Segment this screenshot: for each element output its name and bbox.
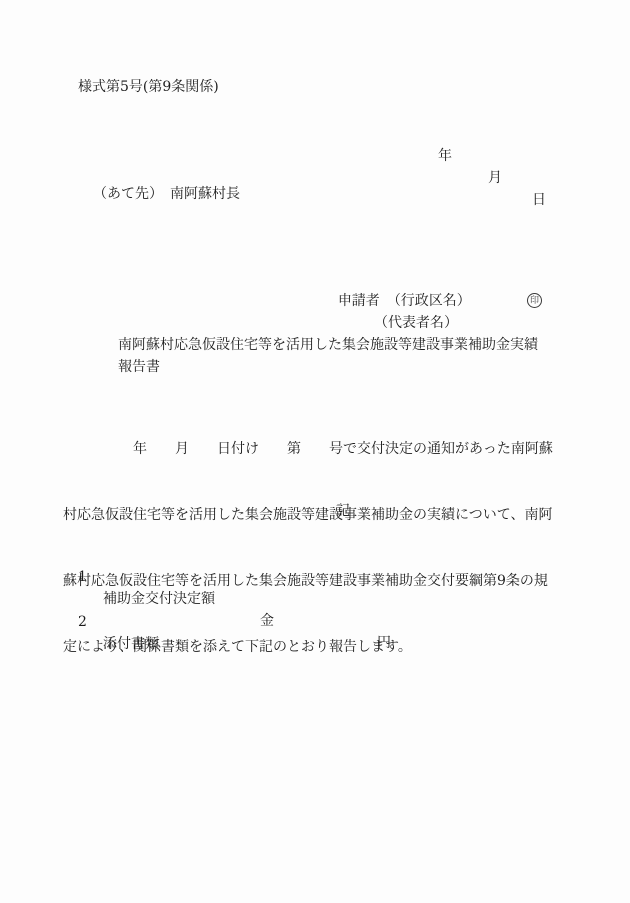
date-year-label: 年 [438, 145, 452, 167]
form-number: 様式第5号(第9条関係) [78, 76, 219, 98]
date-day-label: 日 [532, 189, 546, 211]
document-title-line-2: 報告書 [118, 356, 160, 378]
document-title-line-1: 南阿蘇村応急仮設住宅等を活用した集会施設等建設事業補助金実績 [118, 334, 538, 356]
representative-name-field: （代表者名） [374, 312, 458, 334]
item-2-label: 添付書類 [103, 633, 159, 655]
amount-suffix: 円 [377, 632, 391, 654]
addressee-line: （あて先） 南阿蘇村長 [93, 183, 240, 205]
item-row-1: 1 補助金交付決定額 金 円 [63, 544, 603, 566]
item-2-number: 2 [78, 611, 87, 633]
item-1-number: 1 [78, 566, 87, 588]
record-marker: 記 [336, 500, 350, 522]
item-row-2: 2 添付書類 [63, 589, 603, 611]
document-page: 様式第5号(第9条関係) 年 月 日 （あて先） 南阿蘇村長 申請者 （行政区名… [0, 0, 630, 903]
amount-prefix: 金 [260, 610, 274, 632]
date-month-label: 月 [488, 167, 502, 189]
issue-date-line: 年 月 日 [0, 123, 630, 145]
body-line-1: 年 月 日付け 第 号で交付決定の通知があった南阿蘇 [63, 438, 573, 460]
body-line-2: 村応急仮設住宅等を活用した集会施設等建設事業補助金の実績について、南阿 [63, 504, 573, 526]
seal-mark-icon: 印 [527, 293, 542, 308]
applicant-line-2: （代表者名） 印 [320, 290, 580, 312]
